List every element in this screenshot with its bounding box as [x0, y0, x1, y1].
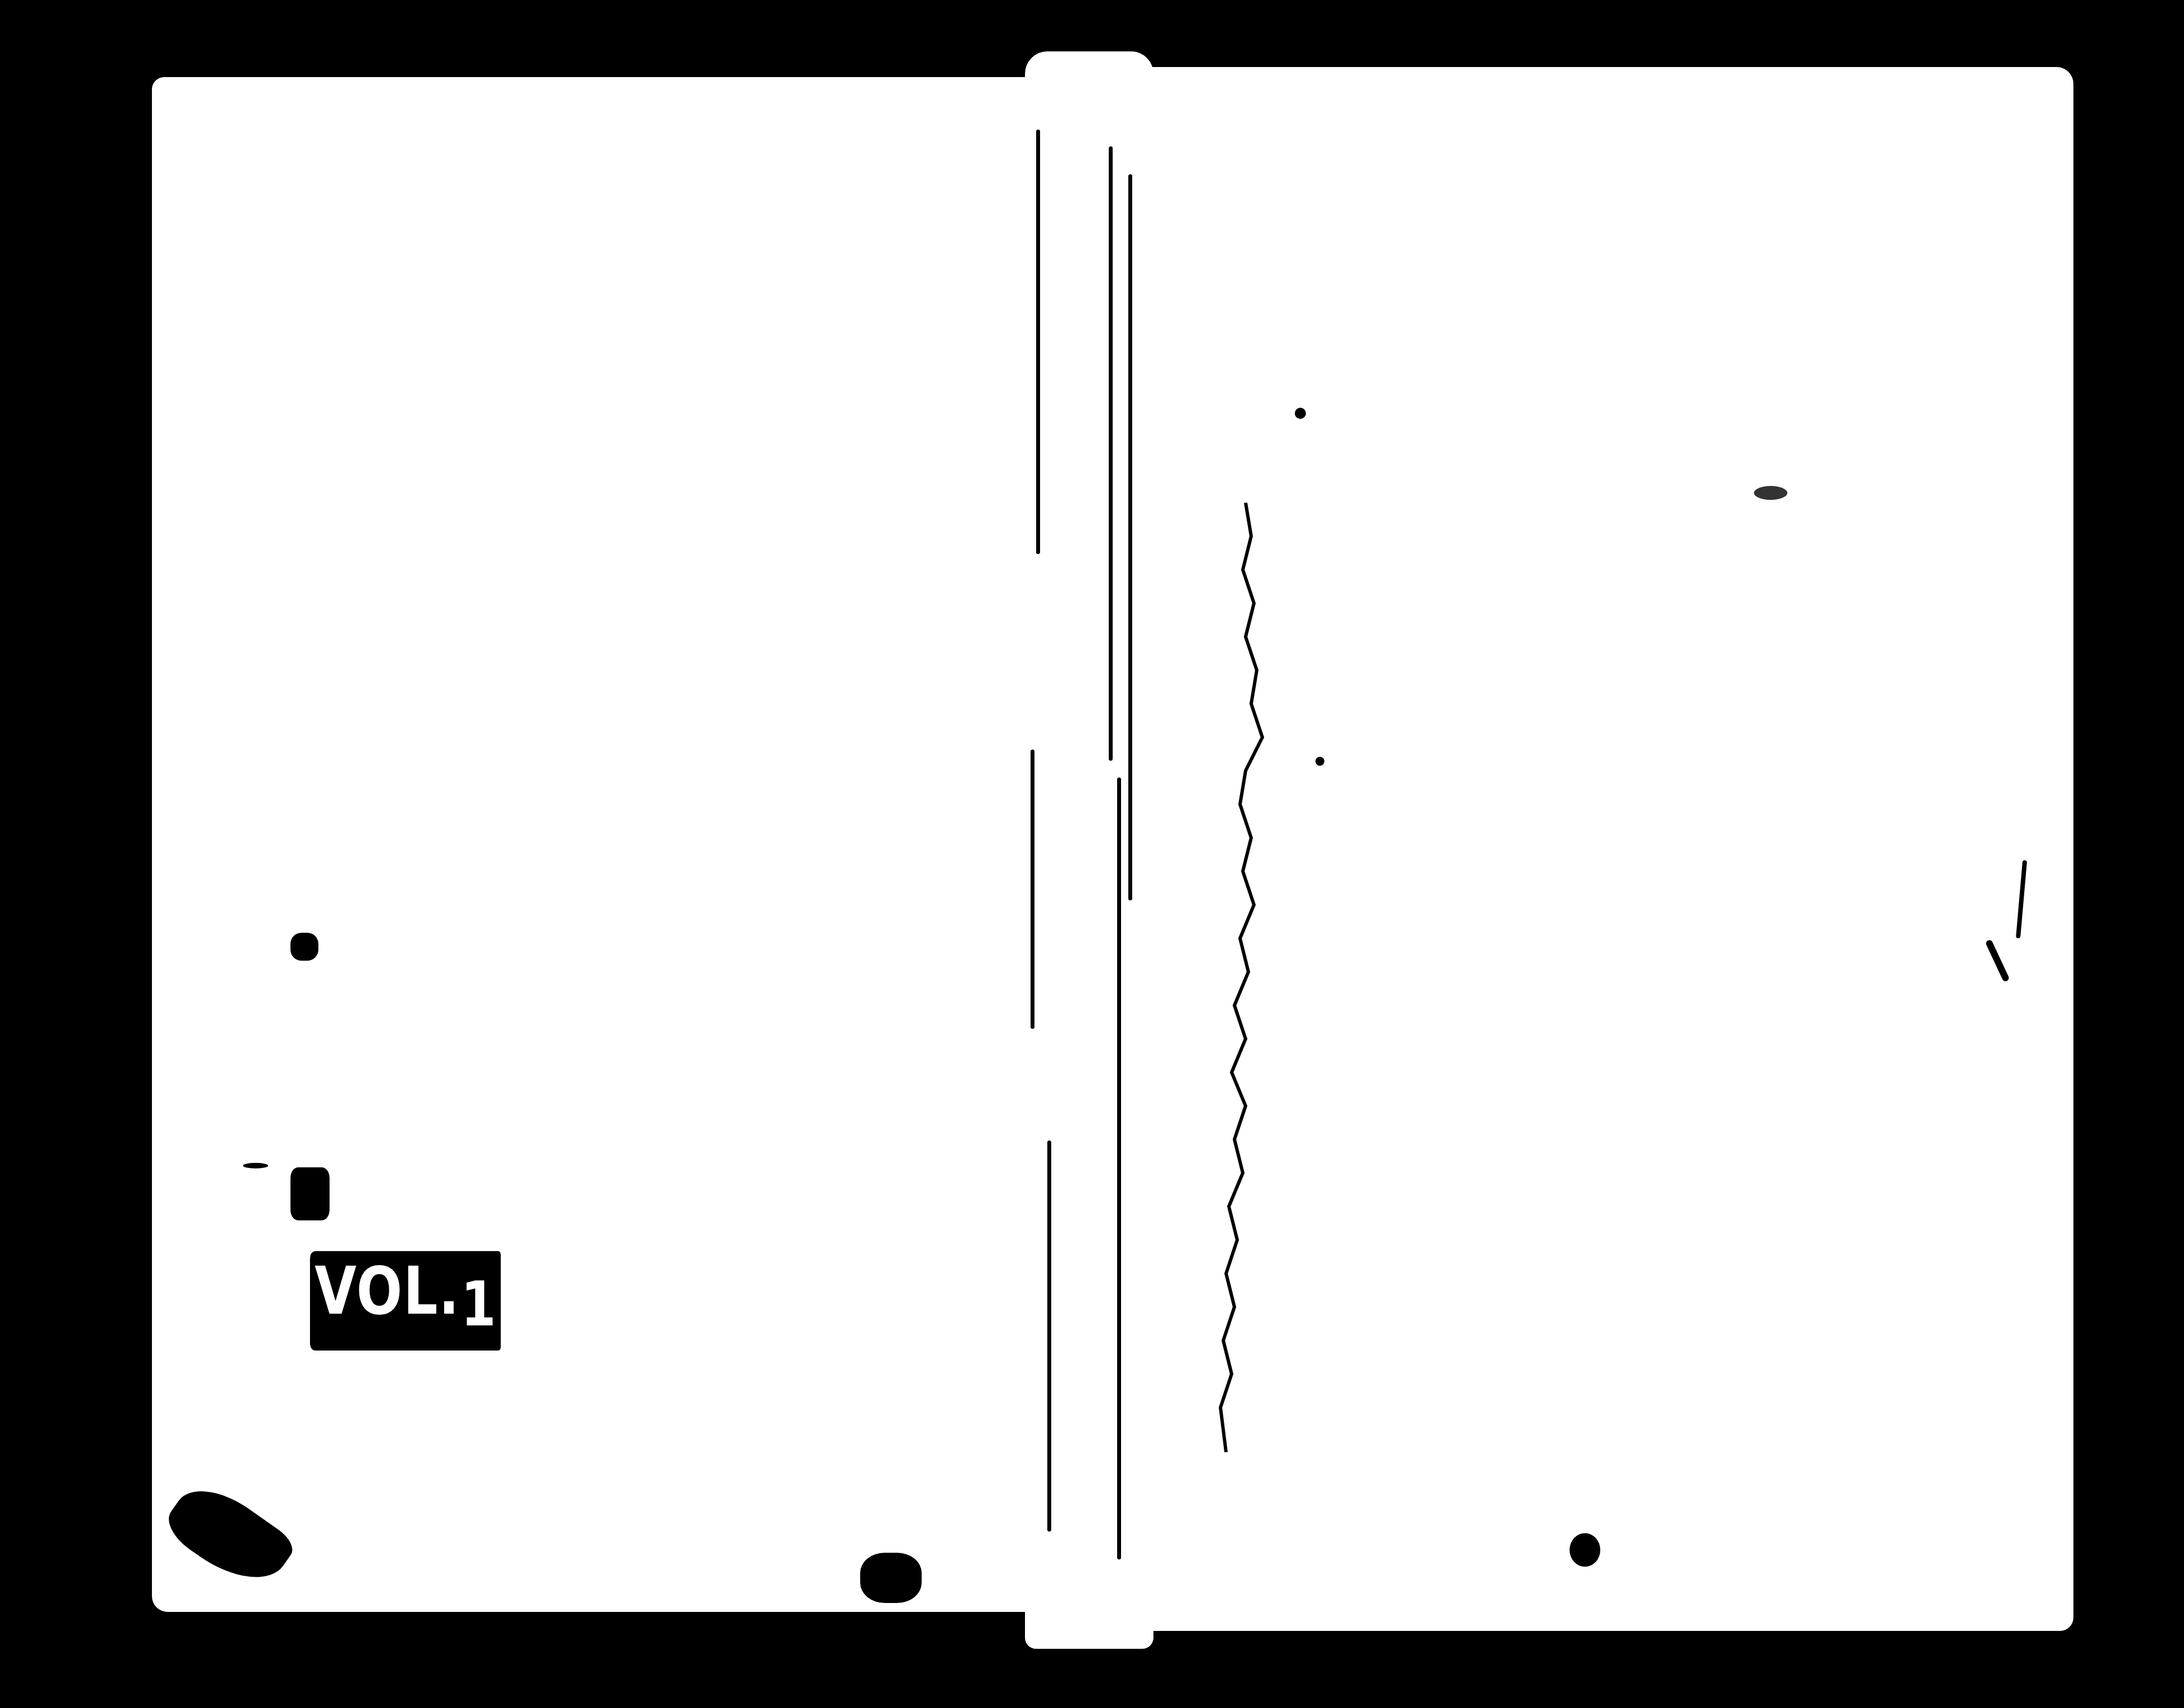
spine-crease [1036, 130, 1040, 554]
spine-crease [1031, 750, 1034, 1029]
scan-background: VOL. 1 [0, 0, 2184, 1708]
spine-crease [1109, 146, 1113, 761]
stain-mark-icon [1754, 486, 1787, 500]
torn-paper-edge-icon [1212, 503, 1279, 1452]
front-cover [152, 77, 1034, 1612]
stain-mark-icon [1570, 1533, 1600, 1567]
back-cover [1139, 67, 2073, 1631]
stain-mark-icon [290, 1167, 330, 1220]
stain-mark-icon [243, 1163, 268, 1168]
volume-number: 1 [456, 1251, 500, 1351]
spine-crease [1047, 1141, 1051, 1532]
spine-crease [1128, 174, 1132, 900]
volume-label: VOL. 1 [310, 1251, 510, 1351]
volume-label-text: VOL. [310, 1251, 465, 1351]
book-spine [1025, 51, 1153, 1649]
stain-mark-icon [1295, 408, 1306, 419]
stain-mark-icon [290, 933, 318, 961]
spine-crease [1117, 777, 1121, 1559]
stain-mark-icon [1315, 757, 1324, 766]
stain-mark-icon [860, 1553, 922, 1603]
